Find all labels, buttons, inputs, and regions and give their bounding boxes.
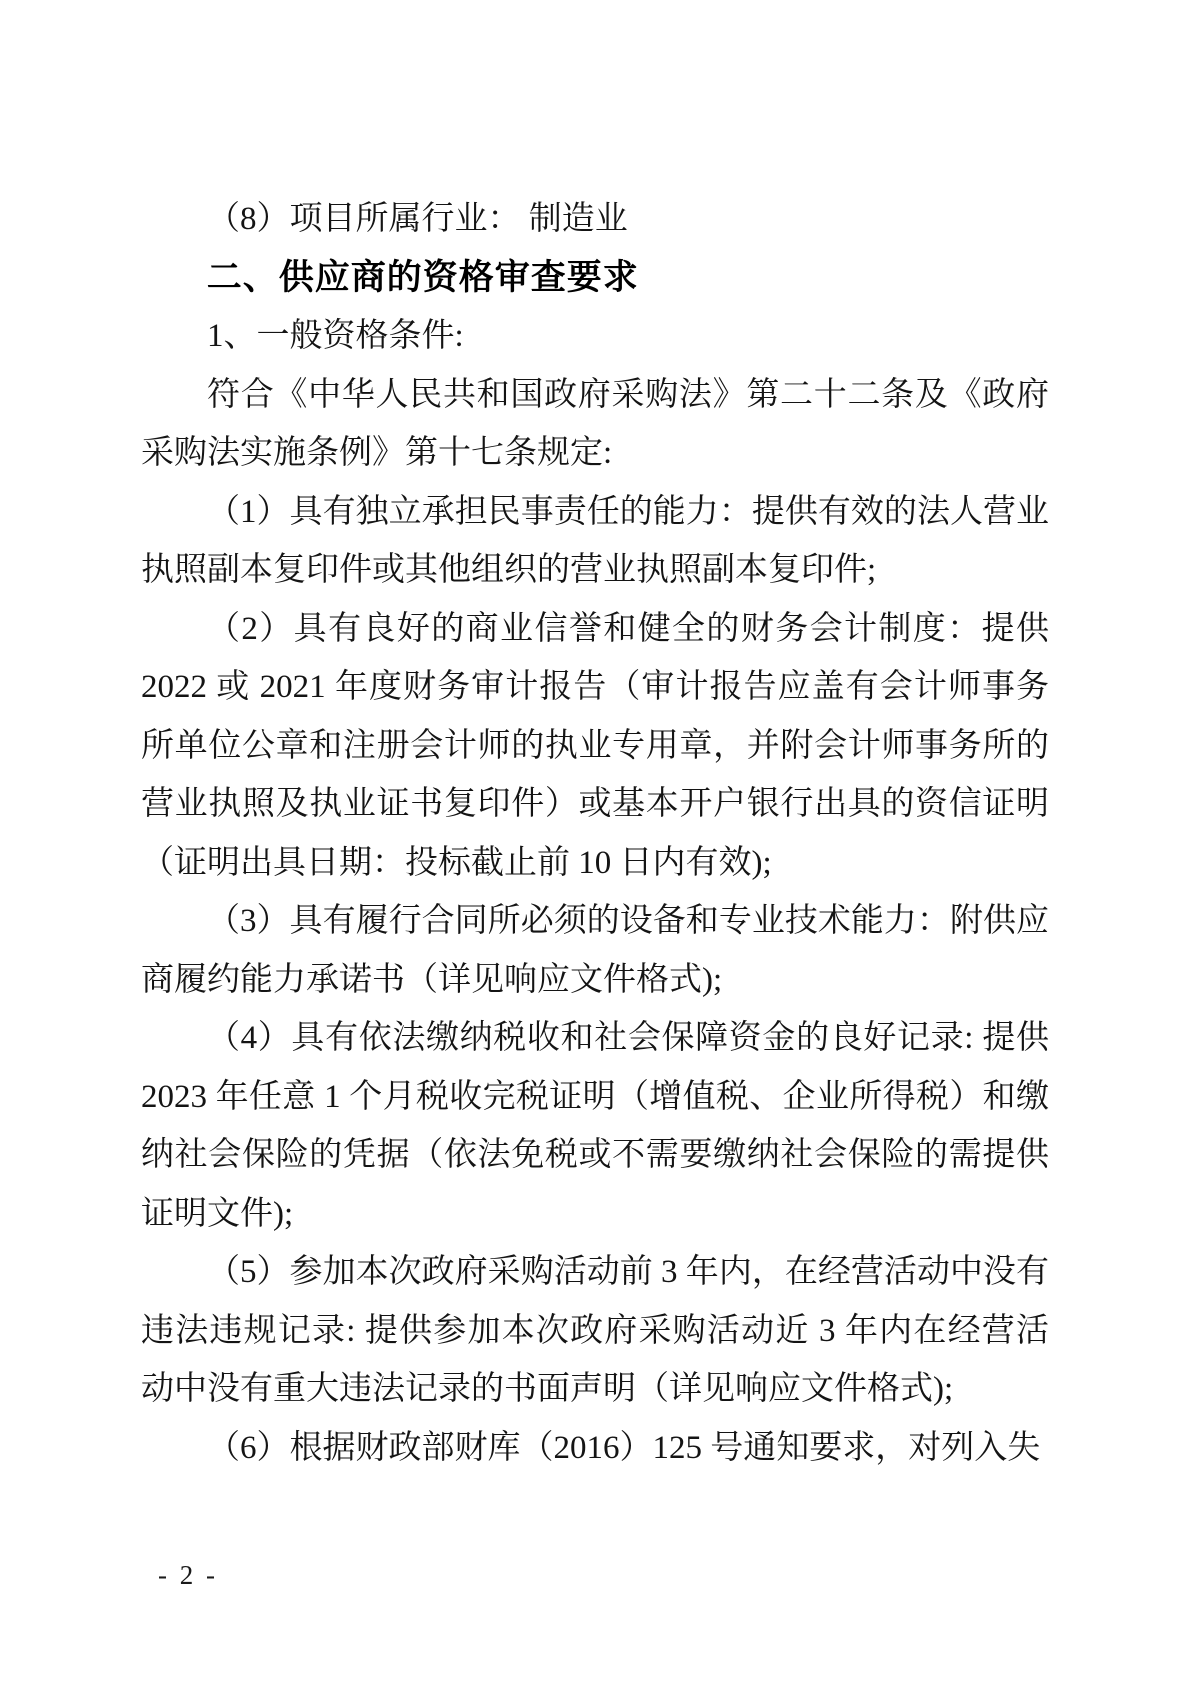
paragraph-condition-4: （4）具有依法缴纳税收和社会保障资金的良好记录: 提供 2023 年任意 1 个… <box>141 1009 1049 1243</box>
paragraph-condition-5: （5）参加本次政府采购活动前 3 年内，在经营活动中没有违法违规记录: 提供参加… <box>141 1243 1049 1419</box>
document-body: （8）项目所属行业： 制造业 二、供应商的资格审查要求 1、一般资格条件: 符合… <box>141 190 1049 1477</box>
paragraph-law-compliance-intro: 符合《中华人民共和国政府采购法》第二十二条及《政府采购法实施条例》第十七条规定: <box>141 366 1049 483</box>
paragraph-condition-2: （2）具有良好的商业信誉和健全的财务会计制度：提供 2022 或 2021 年度… <box>141 600 1049 893</box>
document-page: （8）项目所属行业： 制造业 二、供应商的资格审查要求 1、一般资格条件: 符合… <box>0 0 1190 1684</box>
section-heading-supplier-qualification: 二、供应商的资格审查要求 <box>141 249 1049 308</box>
paragraph-condition-3: （3）具有履行合同所必须的设备和专业技术能力：附供应商履约能力承诺书（详见响应文… <box>141 892 1049 1009</box>
paragraph-condition-1: （1）具有独立承担民事责任的能力：提供有效的法人营业执照副本复印件或其他组织的营… <box>141 483 1049 600</box>
paragraph-condition-6-partial: （6）根据财政部财库（2016）125 号通知要求，对列入失 <box>141 1419 1049 1478</box>
paragraph-project-industry: （8）项目所属行业： 制造业 <box>141 190 1049 249</box>
page-number: - 2 - <box>158 1560 218 1591</box>
paragraph-general-conditions-title: 1、一般资格条件: <box>141 307 1049 366</box>
